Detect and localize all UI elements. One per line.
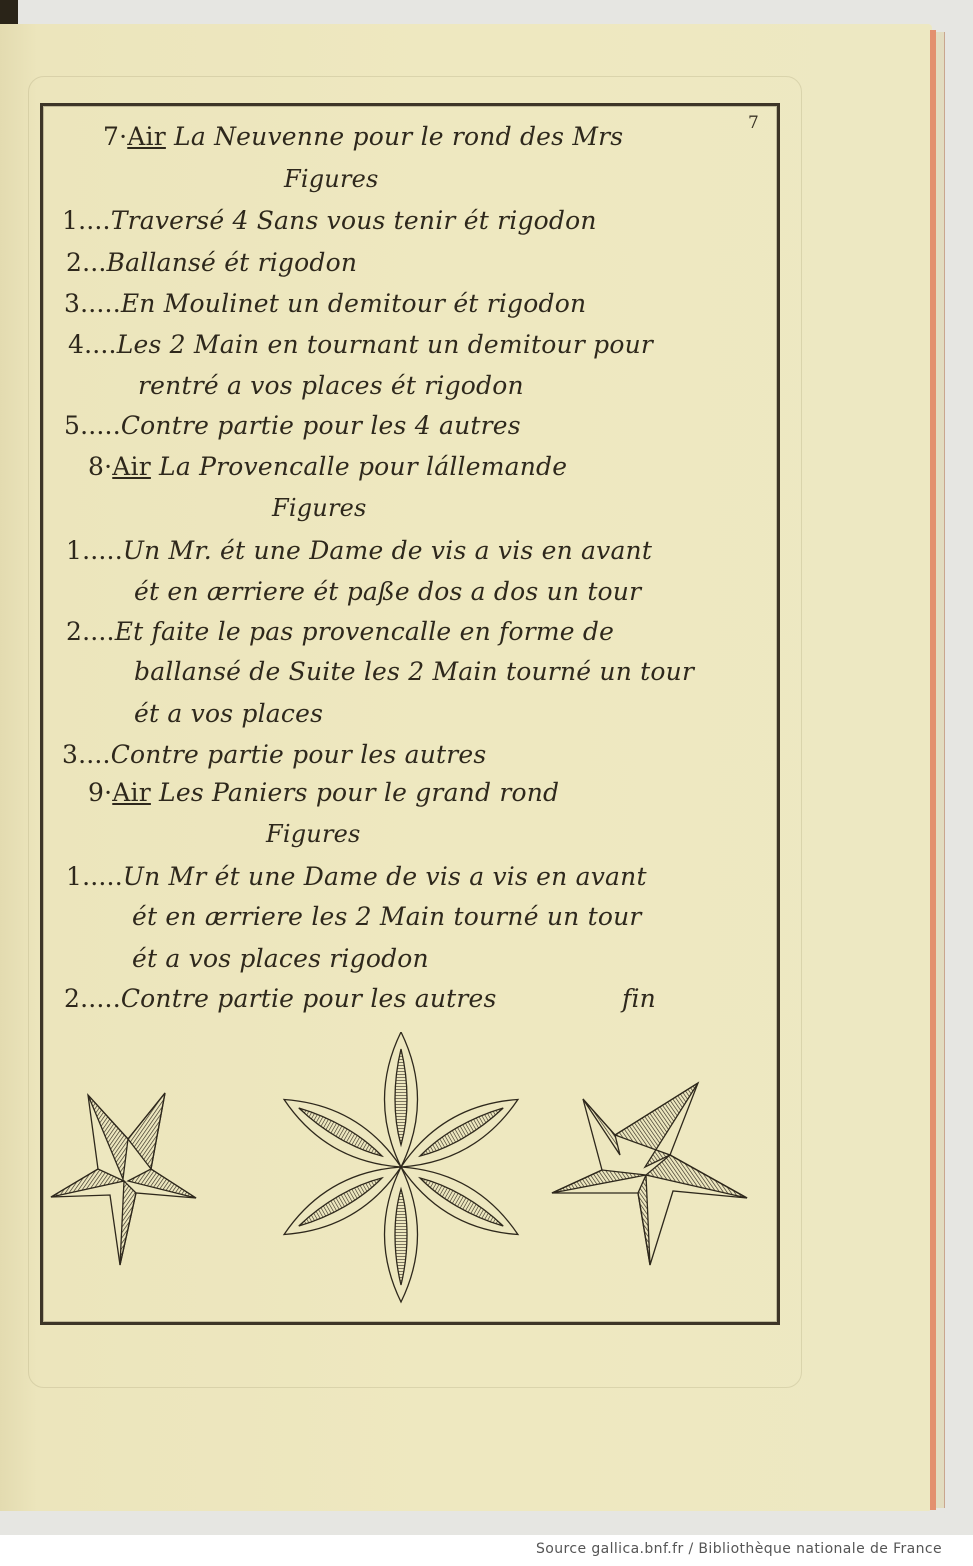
- end-mark: fin: [622, 984, 656, 1013]
- figures-label: Figures: [284, 165, 379, 193]
- six-petal-rosette-icon: [276, 1032, 526, 1312]
- figures-label: Figures: [266, 820, 361, 848]
- section-heading: 8·Air La Provencalle pour lállemande: [88, 452, 567, 481]
- section-heading: 9·Air Les Paniers pour le grand rond: [88, 778, 559, 807]
- figure-line-continuation: ét a vos places: [134, 699, 323, 728]
- shaded-star-icon: [48, 1055, 248, 1270]
- figure-line: 2....Et faite le pas provencalle en form…: [66, 617, 614, 646]
- section-title: Les Paniers pour le grand rond: [159, 778, 559, 807]
- air-label: Air: [112, 778, 151, 807]
- source-credit: Source gallica.bnf.fr / Bibliothèque nat…: [536, 1541, 942, 1557]
- figure-line: 2.....Contre partie pour les autres: [64, 984, 497, 1013]
- figure-line-continuation: ét en ærriere ét paße dos a dos un tour: [134, 577, 641, 606]
- figure-line: 1.....Un Mr ét une Dame de vis a vis en …: [66, 862, 647, 891]
- shaded-star-icon: [550, 1055, 755, 1270]
- figures-label: Figures: [272, 494, 367, 522]
- section-number: 9: [88, 778, 104, 807]
- figure-line-continuation: ballansé de Suite les 2 Main tourné un t…: [134, 657, 694, 686]
- section-title: La Provencalle pour lállemande: [159, 452, 567, 481]
- section-number: 7: [103, 122, 119, 151]
- section-number: 8: [88, 452, 104, 481]
- figure-line-continuation: ét a vos places rigodon: [132, 944, 429, 973]
- figure-line: 3.....En Moulinet un demitour ét rigodon: [64, 289, 586, 318]
- page-fore-edge: [936, 32, 945, 1508]
- section-title: La Neuvenne pour le rond des Mrs: [174, 122, 623, 151]
- figure-line: 1.....Un Mr. ét une Dame de vis a vis en…: [66, 536, 652, 565]
- figure-line: 1....Traversé 4 Sans vous tenir ét rigod…: [62, 206, 597, 235]
- figure-line-continuation: rentré a vos places ét rigodon: [138, 371, 524, 400]
- figure-line: 4....Les 2 Main en tournant un demitour …: [68, 330, 653, 359]
- page-number: 7: [748, 113, 759, 133]
- section-heading: 7·Air La Neuvenne pour le rond des Mrs: [103, 122, 623, 151]
- figure-line: 5.....Contre partie pour les 4 autres: [64, 411, 521, 440]
- air-label: Air: [127, 122, 166, 151]
- air-label: Air: [112, 452, 151, 481]
- figure-line: 2...Ballansé ét rigodon: [66, 248, 357, 277]
- figure-line-continuation: ét en ærriere les 2 Main tourné un tour: [132, 902, 642, 931]
- figure-line: 3....Contre partie pour les autres: [62, 740, 486, 769]
